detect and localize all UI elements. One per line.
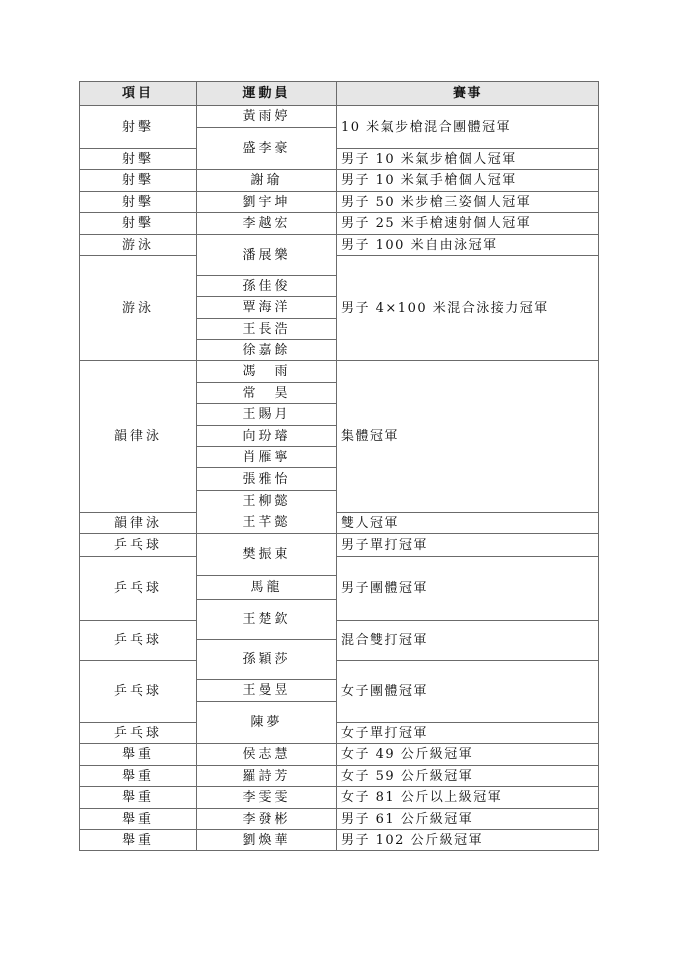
athlete-cell: 覃海洋 xyxy=(196,296,337,319)
athlete-cell: 黃雨婷 xyxy=(196,105,337,128)
athlete-cell: 羅詩芳 xyxy=(196,765,337,787)
event-cell: 雙人冠軍 xyxy=(336,512,599,534)
athlete-cell: 常 昊 xyxy=(196,382,337,404)
athlete-cell: 謝瑜 xyxy=(196,169,337,192)
category-cell: 游泳 xyxy=(79,255,197,361)
athlete-cell: 李越宏 xyxy=(196,212,337,235)
athlete-cell: 肖雁寧 xyxy=(196,446,337,468)
athlete-cell: 陳夢 xyxy=(196,701,337,744)
athlete-cell: 馬龍 xyxy=(196,575,337,600)
event-cell: 男子單打冠軍 xyxy=(336,533,599,557)
event-cell: 女子 81 公斤以上級冠軍 xyxy=(336,786,599,809)
event-cell: 女子 49 公斤級冠軍 xyxy=(336,743,599,766)
event-cell: 女子 59 公斤級冠軍 xyxy=(336,765,599,787)
event-cell: 男子 100 米自由泳冠軍 xyxy=(336,234,599,256)
event-cell: 女子團體冠軍 xyxy=(336,660,599,723)
athlete-cell: 馮 雨 xyxy=(196,360,337,383)
athlete-cell: 徐嘉餘 xyxy=(196,339,337,361)
header-event-category: 項目 xyxy=(79,81,197,106)
athlete-cell: 盛李豪 xyxy=(196,127,337,170)
category-cell: 乒乓球 xyxy=(79,620,197,661)
category-cell: 韻律泳 xyxy=(79,512,197,534)
event-cell: 混合雙打冠軍 xyxy=(336,620,599,661)
category-cell: 乒乓球 xyxy=(79,722,197,744)
header-athlete: 運動員 xyxy=(196,81,337,106)
athlete-cell: 王柳懿王芊懿 xyxy=(196,490,337,534)
athlete-name: 王芊懿 xyxy=(242,516,290,529)
event-cell: 男子團體冠軍 xyxy=(336,556,599,621)
athlete-cell: 李雯雯 xyxy=(196,786,337,809)
event-cell: 男子 10 米氣步槍個人冠軍 xyxy=(336,148,599,170)
category-cell: 乒乓球 xyxy=(79,556,197,621)
category-cell: 舉重 xyxy=(79,808,197,830)
event-cell: 10 米氣步槍混合團體冠軍 xyxy=(336,105,599,149)
athlete-cell: 樊振東 xyxy=(196,533,337,576)
category-cell: 乒乓球 xyxy=(79,533,197,557)
athlete-name: 王柳懿 xyxy=(242,495,290,508)
event-cell: 男子 61 公斤級冠軍 xyxy=(336,808,599,830)
category-cell: 乒乓球 xyxy=(79,660,197,723)
category-cell: 舉重 xyxy=(79,743,197,766)
category-cell: 射擊 xyxy=(79,191,197,213)
athlete-cell: 王楚欽 xyxy=(196,599,337,640)
athlete-cell: 劉煥華 xyxy=(196,829,337,851)
category-cell: 韻律泳 xyxy=(79,360,197,513)
athlete-cell: 向玢璿 xyxy=(196,425,337,447)
category-cell: 舉重 xyxy=(79,786,197,809)
athlete-cell: 王賜月 xyxy=(196,403,337,426)
event-cell: 男子 25 米手槍速射個人冠軍 xyxy=(336,212,599,235)
header-competition: 賽事 xyxy=(336,81,599,106)
category-cell: 射擊 xyxy=(79,169,197,192)
category-cell: 游泳 xyxy=(79,234,197,256)
category-cell: 射擊 xyxy=(79,105,197,149)
athlete-cell: 李發彬 xyxy=(196,808,337,830)
category-cell: 舉重 xyxy=(79,765,197,787)
event-cell: 男子 4×100 米混合泳接力冠軍 xyxy=(336,255,599,361)
athlete-cell: 王長浩 xyxy=(196,318,337,340)
athlete-cell: 張雅怡 xyxy=(196,467,337,491)
event-cell: 男子 10 米氣手槍個人冠軍 xyxy=(336,169,599,192)
event-cell: 男子 102 公斤級冠軍 xyxy=(336,829,599,851)
athlete-cell: 侯志慧 xyxy=(196,743,337,766)
athlete-cell: 潘展樂 xyxy=(196,234,337,276)
athlete-cell: 孫穎莎 xyxy=(196,639,337,680)
event-cell: 集體冠軍 xyxy=(336,360,599,513)
event-cell: 男子 50 米步槍三姿個人冠軍 xyxy=(336,191,599,213)
event-cell: 女子單打冠軍 xyxy=(336,722,599,744)
athlete-cell: 劉宇坤 xyxy=(196,191,337,213)
category-cell: 舉重 xyxy=(79,829,197,851)
athlete-cell: 王曼昱 xyxy=(196,679,337,702)
athlete-cell: 孫佳俊 xyxy=(196,275,337,297)
medal-table: 項目 運動員 賽事 射擊射擊射擊射擊射擊游泳游泳韻律泳韻律泳乒乓球乒乓球乒乓球乒… xyxy=(79,81,599,850)
category-cell: 射擊 xyxy=(79,148,197,170)
category-cell: 射擊 xyxy=(79,212,197,235)
